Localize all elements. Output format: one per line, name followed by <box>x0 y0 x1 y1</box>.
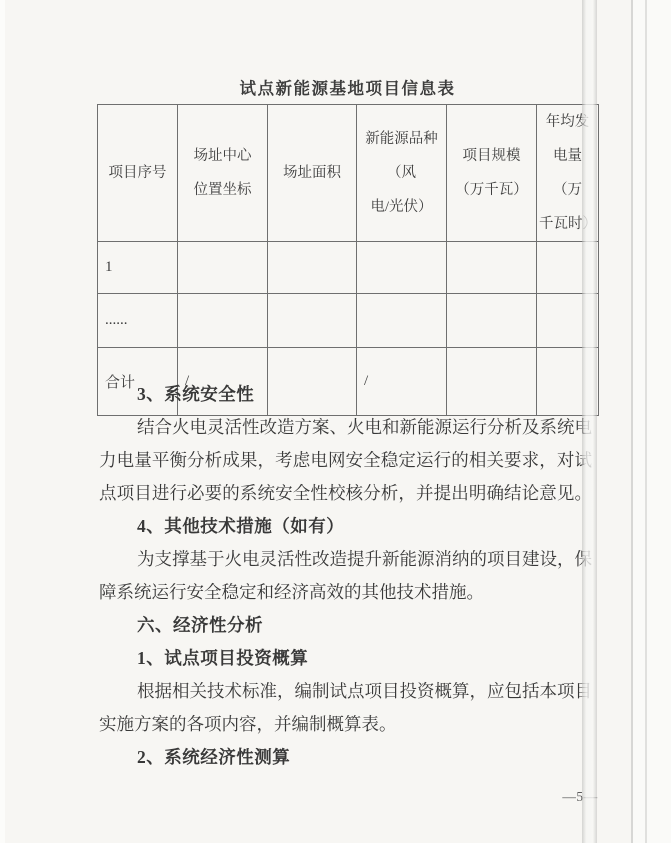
cell: ...... <box>98 294 178 348</box>
paragraph-line: 为支撑基于火电灵活性改造提升新能源消纳的项目建设，保 <box>99 543 592 576</box>
cell <box>178 294 268 348</box>
header-cell-coordinates: 场址中心 位置坐标 <box>178 105 268 242</box>
table-title: 试点新能源基地项目信息表 <box>97 75 598 99</box>
scan-page-edge-line <box>645 0 647 843</box>
section-heading-investment-estimate: 1、试点项目投资概算 <box>99 642 592 675</box>
scan-page-edge-region <box>633 0 671 843</box>
section-heading-economic-analysis: 六、经济性分析 <box>99 609 592 642</box>
header-cell-project-no: 项目序号 <box>98 105 178 242</box>
header-cell-scale: 项目规模 （万千瓦） <box>447 105 537 242</box>
cell <box>178 242 268 294</box>
cell <box>537 242 599 294</box>
cell <box>537 294 599 348</box>
cell <box>268 242 357 294</box>
cell <box>357 242 447 294</box>
section-heading-other-measures: 4、其他技术措施（如有） <box>99 510 592 543</box>
paragraph-line: 结合火电灵活性改造方案、火电和新能源运行分析及系统电 <box>99 411 592 444</box>
table-row: ...... <box>98 294 599 348</box>
cell <box>447 294 537 348</box>
document-body: 3、系统安全性 结合火电灵活性改造方案、火电和新能源运行分析及系统电 力电量平衡… <box>99 378 592 774</box>
section-heading-system-economic-calc: 2、系统经济性测算 <box>99 741 592 774</box>
paragraph-line: 点项目进行必要的系统安全性校核分析，并提出明确结论意见。 <box>99 477 592 510</box>
table-header-row: 项目序号 场址中心 位置坐标 场址面积 新能源品种（风 电/光伏） 项目规模 （… <box>98 105 599 242</box>
paragraph-line: 力电量平衡分析成果，考虑电网安全稳定运行的相关要求，对试 <box>99 444 592 477</box>
cell <box>357 294 447 348</box>
paragraph-line: 实施方案的各项内容，并编制概算表。 <box>99 708 592 741</box>
scan-page-edge-line <box>631 0 633 843</box>
scan-left-edge <box>0 0 5 843</box>
header-cell-site-area: 场址面积 <box>268 105 357 242</box>
header-cell-annual-gen: 年均发 电量（万 千瓦时） <box>537 105 599 242</box>
section-heading-system-safety: 3、系统安全性 <box>99 378 592 411</box>
paragraph-line: 障系统运行安全稳定和经济高效的其他技术措施。 <box>99 576 592 609</box>
table-row: 1 <box>98 242 599 294</box>
paragraph-line: 根据相关技术标准，编制试点项目投资概算，应包括本项目 <box>99 675 592 708</box>
page-number: —5— <box>550 789 610 805</box>
header-cell-energy-type: 新能源品种（风 电/光伏） <box>357 105 447 242</box>
cell <box>447 242 537 294</box>
project-info-table: 项目序号 场址中心 位置坐标 场址面积 新能源品种（风 电/光伏） 项目规模 （… <box>97 104 599 416</box>
cell: 1 <box>98 242 178 294</box>
cell <box>268 294 357 348</box>
scanned-document-page: 试点新能源基地项目信息表 项目序号 场址中心 位置坐标 场址面积 新能源品种（风… <box>0 0 671 843</box>
